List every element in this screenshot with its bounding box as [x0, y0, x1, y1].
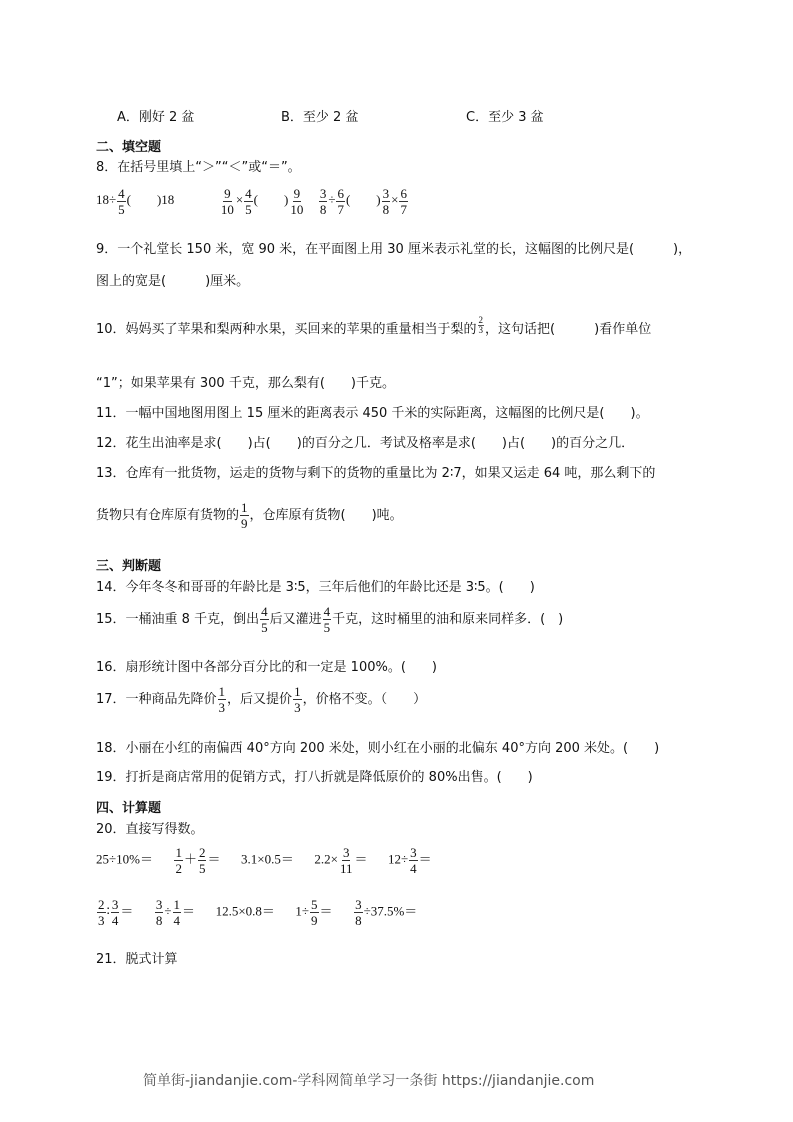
- question-15: 15．一桶油重 8 千克，倒出45后又灌进45千克，这时桶里的油和原来同样多．(…: [96, 604, 563, 635]
- option-b: B．至少 2 盆: [281, 106, 358, 125]
- question-9-line-2: 图上的宽是( )厘米。: [96, 270, 249, 289]
- question-17: 17．一种商品先降价13，后又提价13，价格不变。（ ）: [96, 684, 426, 715]
- question-21: 21．脱式计算: [96, 948, 178, 967]
- q8-expressions: 18÷45( )18 910×45( )910 38÷67( )38×67: [96, 186, 409, 217]
- question-11: 11．一幅中国地图用图上 15 厘米的距离表示 450 千米的实际距离，这幅图的…: [96, 402, 649, 421]
- question-19: 19．打折是商店常用的促销方式，打八折就是降低原价的 80%出售。( ): [96, 766, 533, 785]
- fraction: 19: [240, 500, 249, 531]
- question-9-line-1: 9．一个礼堂长 150 米，宽 90 米，在平面图上用 30 厘米表示礼堂的长，…: [96, 238, 691, 257]
- q8-expr-2: 910×45( )910: [219, 192, 309, 207]
- q20-row-2: 23∶34＝ 38÷14＝ 12.5×0.8＝ 1÷59＝ 38÷37.5%＝: [96, 897, 417, 928]
- option-c: C．至少 3 盆: [466, 106, 544, 125]
- q20-row-1: 25÷10%＝ 12＋25＝ 3.1×0.5＝ 2.2×311＝ 12÷34＝: [96, 845, 432, 876]
- question-20: 20．直接写得数。: [96, 818, 204, 837]
- fraction: 23: [478, 316, 485, 335]
- option-a: A．刚好 2 盆: [117, 106, 194, 125]
- q8-expr-3: 38÷67( )38×67: [318, 192, 409, 207]
- question-10-line-2: “1”；如果苹果有 300 千克，那么梨有( )千克。: [96, 372, 395, 391]
- question-14: 14．今年冬冬和哥哥的年龄比是 3∶5，三年后他们的年龄比还是 3∶5。( ): [96, 576, 535, 595]
- section-heading-calc: 四、计算题: [96, 797, 161, 816]
- question-12: 12．花生出油率是求( )占( )的百分之几．考试及格率是求( )占( )的百分…: [96, 432, 634, 451]
- q8-expr-1: 18÷45( )18: [96, 192, 178, 207]
- question-8: 8．在括号里填上“＞”“＜”或“＝”。: [96, 156, 301, 175]
- question-13-line-1: 13．仓库有一批货物，运走的货物与剩下的货物的重量比为 2∶7，如果又运走 64…: [96, 462, 655, 481]
- question-10-line-1: 10．妈妈买了苹果和梨两种水果，买回来的苹果的重量相当于梨的23，这句话把( )…: [96, 316, 651, 337]
- footer-watermark: 简单街-jiandanjie.com-学科网简单学习一条街 https://ji…: [143, 1070, 594, 1090]
- fraction: 45: [117, 186, 126, 217]
- question-18: 18．小丽在小红的南偏西 40°方向 200 米处，则小红在小丽的北偏东 40°…: [96, 737, 659, 756]
- section-heading-fill-blank: 二、填空题: [96, 136, 161, 155]
- section-heading-judge: 三、判断题: [96, 555, 161, 574]
- question-16: 16．扇形统计图中各部分百分比的和一定是 100%。( ): [96, 656, 437, 675]
- question-13-line-2: 货物只有仓库原有货物的19，仓库原有货物( )吨。: [96, 500, 403, 531]
